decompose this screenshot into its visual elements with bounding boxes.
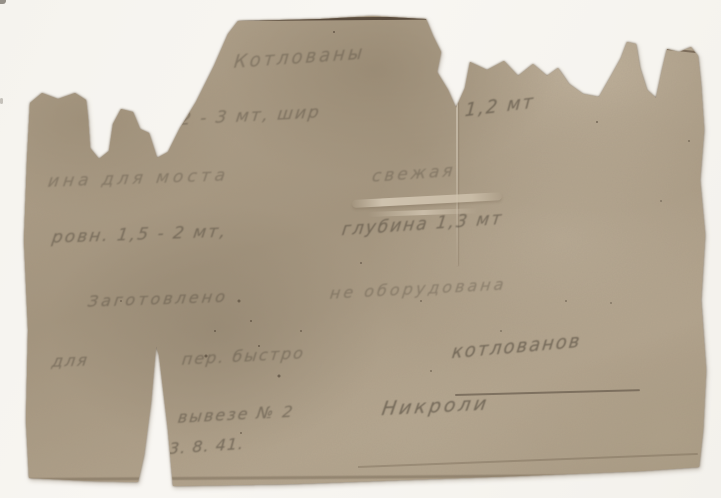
scanned-document: Котлованы2 - 3 мт, шир1,2 мтина для мост…: [0, 0, 721, 498]
handwriting-fragment: для: [51, 351, 91, 371]
torn-paper: Котлованы2 - 3 мт, шир1,2 мтина для мост…: [0, 0, 721, 498]
paper-grain-texture: [0, 0, 721, 498]
paper-shadow-wrap: Котлованы2 - 3 мт, шир1,2 мтина для мост…: [0, 0, 721, 498]
paper-speckles: [0, 0, 2, 2]
